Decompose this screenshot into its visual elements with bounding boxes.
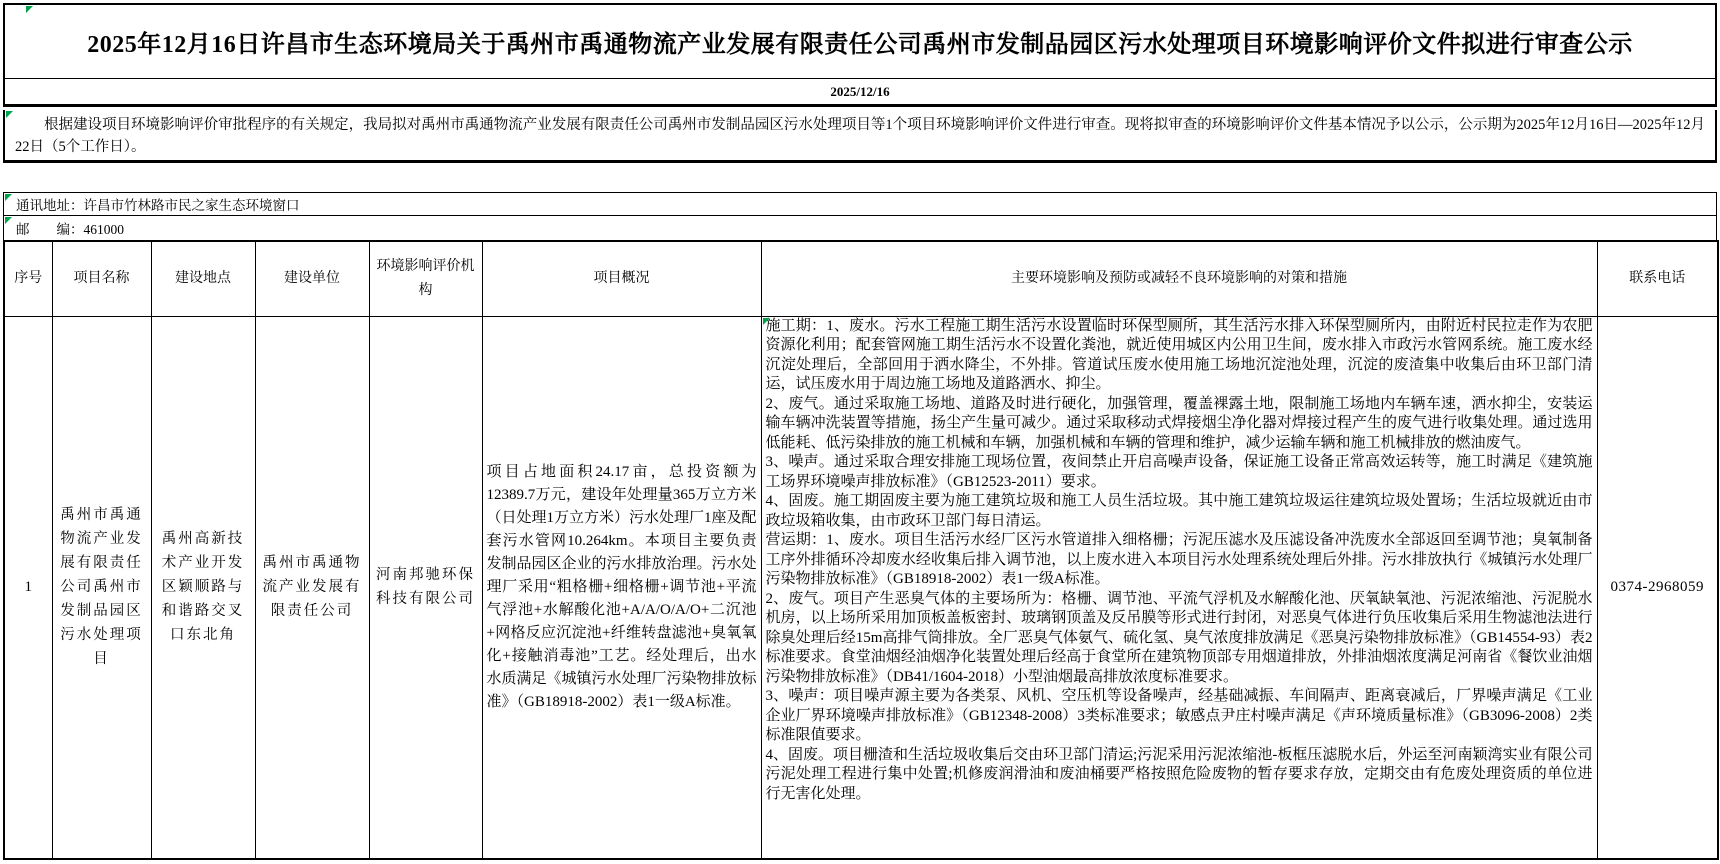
notice-date: 2025/12/16 (830, 84, 889, 100)
postal-code-cell: 邮 编：461000 (3, 216, 1717, 240)
cell-seq: 1 (4, 316, 52, 859)
cell-error-indicator-icon (6, 111, 13, 118)
notice-page: 2025年12月16日许昌市生态环境局关于禹州市禹通物流产业发展有限责任公司禹州… (0, 0, 1720, 864)
col-header-construction-unit: 建设单位 (255, 241, 369, 316)
cell-error-indicator-icon (5, 194, 12, 201)
notice-intro-text: 根据建设项目环境影响评价审批程序的有关规定，我局拟对禹州市禹通物流产业发展有限责… (15, 114, 1705, 158)
cell-eia-agency: 河南邦驰环保科技有限公司 (369, 316, 482, 859)
col-header-project-name: 项目名称 (52, 241, 151, 316)
overview-text: 项目占地面积24.17亩，总投资额为12389.7万元，建设年处理量365万立方… (487, 461, 757, 714)
cell-location: 禹州高新技术产业开发区颖顺路与和谐路交叉口东北角 (151, 316, 255, 859)
col-header-seq: 序号 (4, 241, 52, 316)
col-header-location: 建设地点 (151, 241, 255, 316)
col-header-phone: 联系电话 (1597, 241, 1718, 316)
cell-phone: 0374-2968059 (1597, 316, 1718, 859)
cell-error-indicator-icon (26, 6, 33, 13)
cell-overview: 项目占地面积24.17亩，总投资额为12389.7万元，建设年处理量365万立方… (482, 316, 761, 859)
page-title: 2025年12月16日许昌市生态环境局关于禹州市禹通物流产业发展有限责任公司禹州… (87, 24, 1633, 59)
notice-title-cell: 2025年12月16日许昌市生态环境局关于禹州市禹通物流产业发展有限责任公司禹州… (3, 3, 1717, 79)
cell-error-indicator-icon (5, 217, 12, 224)
notice-intro-cell: 根据建设项目环境影响评价审批程序的有关规定，我局拟对禹州市禹通物流产业发展有限责… (3, 110, 1717, 163)
measures-text: 施工期：1、废水。污水工程施工期生活污水设置临时环保型厕所，其生活污水排入环保型… (766, 317, 1593, 805)
notice-table: 序号 项目名称 建设地点 建设单位 环境影响评价机构 项目概况 主要环境影响及预… (3, 240, 1719, 860)
contact-address-cell: 通讯地址：许昌市竹林路市民之家生态环境窗口 (3, 192, 1717, 216)
contact-address-text: 通讯地址：许昌市竹林路市民之家生态环境窗口 (16, 194, 300, 214)
cell-construction-unit: 禹州市禹通物流产业发展有限责任公司 (255, 316, 369, 859)
cell-error-indicator-icon (763, 318, 770, 325)
cell-project-name: 禹州市禹通物流产业发展有限责任公司禹州市发制品园区污水处理项目 (52, 316, 151, 859)
col-header-measures: 主要环境影响及预防或减轻不良环境影响的对策和措施 (761, 241, 1597, 316)
cell-measures: 施工期：1、废水。污水工程施工期生活污水设置临时环保型厕所，其生活污水排入环保型… (761, 316, 1597, 859)
table-row: 1 禹州市禹通物流产业发展有限责任公司禹州市发制品园区污水处理项目 禹州高新技术… (4, 316, 1718, 859)
notice-date-cell: 2025/12/16 (3, 79, 1717, 107)
col-header-eia-agency: 环境影响评价机构 (369, 241, 482, 316)
postal-code-text: 邮 编：461000 (16, 218, 124, 238)
col-header-overview: 项目概况 (482, 241, 761, 316)
table-header-row: 序号 项目名称 建设地点 建设单位 环境影响评价机构 项目概况 主要环境影响及预… (4, 241, 1718, 316)
